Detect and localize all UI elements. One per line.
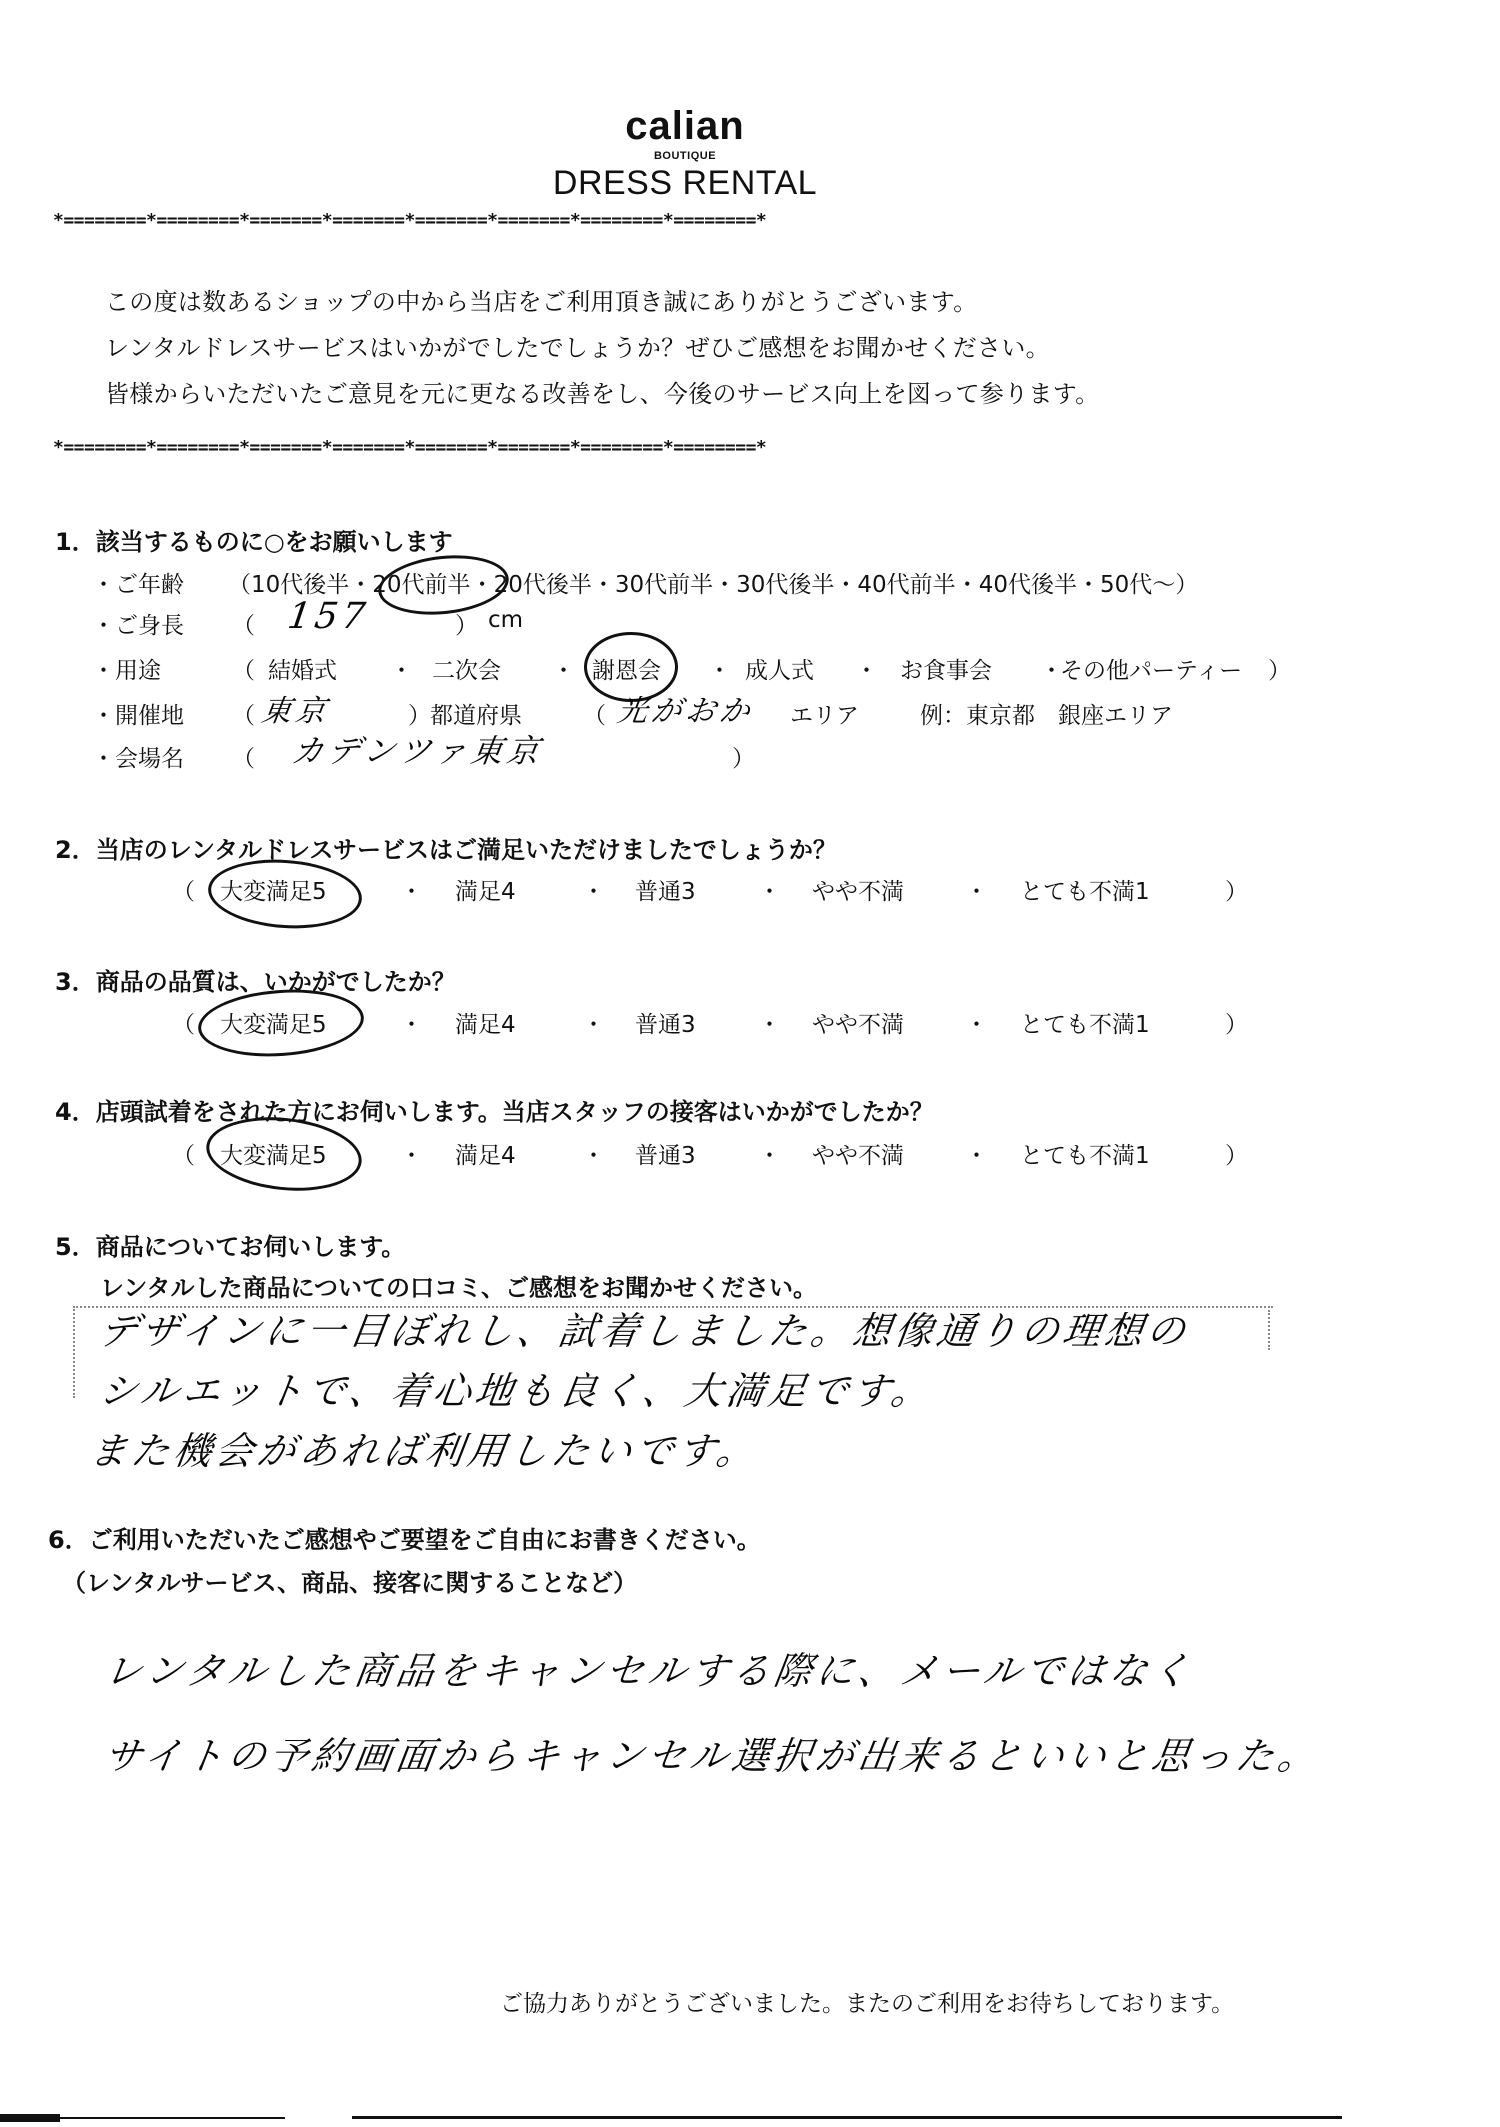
area-suffix: エリア xyxy=(790,697,859,730)
question-5-subtitle: レンタルした商品についての口コミ、ご感想をお聞かせください。 xyxy=(100,1268,817,1303)
rating-option[interactable]: 普通3 xyxy=(635,1137,696,1170)
separator-dot: ・ xyxy=(400,873,423,906)
question-5-answer-line-1[interactable]: デザインに一目ぼれし、試着しました。想像通りの理想の xyxy=(96,1300,1193,1355)
question-5-answer-line-2[interactable]: シルエットで、着心地も良く、大満足です。 xyxy=(96,1360,937,1415)
location-open-paren: （ xyxy=(232,697,255,730)
age-options: （10代後半・20代前半・20代後半・30代前半・30代後半・40代前半・40代… xyxy=(228,566,1198,599)
question-6-subtitle: （レンタルサービス、商品、接客に関することなど） xyxy=(62,1563,637,1598)
purpose-option[interactable]: その他パーティー xyxy=(1060,652,1242,685)
venue-value[interactable]: カデンツァ東京 xyxy=(289,726,547,772)
separator-dot: ・ xyxy=(390,652,413,685)
height-unit: cm xyxy=(488,607,523,633)
height-open-paren: （ xyxy=(232,607,255,640)
close-paren: ） xyxy=(1225,1137,1248,1170)
bottom-rule xyxy=(352,2116,1342,2119)
purpose-close-paren: ） xyxy=(1268,652,1291,685)
footer-thanks: ご協力ありがとうございました。またのご利用をお待ちしております。 xyxy=(500,1985,1234,2018)
close-paren: ） xyxy=(1225,873,1248,906)
separator-dot: ・ xyxy=(758,1137,781,1170)
age-option[interactable]: 40代後半 xyxy=(979,572,1077,598)
rating-option[interactable]: 満足4 xyxy=(455,1006,516,1039)
separator-top: *========*========*=======*=======*=====… xyxy=(53,210,766,231)
separator-dot: ・ xyxy=(758,1006,781,1039)
answer-box-left xyxy=(73,1306,75,1398)
separator-dot: ・ xyxy=(400,1006,423,1039)
separator-dot: ・ xyxy=(965,873,988,906)
height-close-paren: ） xyxy=(455,607,478,640)
open-paren: （ xyxy=(172,1137,195,1170)
age-label: ・ご年齢 xyxy=(92,566,184,599)
age-option[interactable]: 30代前半 xyxy=(615,572,713,598)
intro-line-1: この度は数あるショップの中から当店をご利用頂き誠にありがとうございます。 xyxy=(105,282,977,317)
height-value[interactable]: 157 xyxy=(285,596,371,637)
intro-line-3: 皆様からいただいたご意見を元に更なる改善をし、今後のサービス向上を図って参ります… xyxy=(105,374,1099,409)
question-2-title: 2．当店のレンタルドレスサービスはご満足いただけましたでしょうか？ xyxy=(55,830,837,865)
purpose-label: ・用途 xyxy=(92,652,161,685)
location-example: 例：東京都 銀座エリア xyxy=(920,697,1173,730)
venue-close-paren: ） xyxy=(732,740,755,773)
separator-dot: ・ xyxy=(582,873,605,906)
age-option[interactable]: 30代後半 xyxy=(736,572,834,598)
question-6-title: 6．ご利用いただいたご感想やご要望をご自由にお書きください。 xyxy=(48,1520,761,1555)
open-paren: （ xyxy=(172,873,195,906)
rating-option[interactable]: 満足4 xyxy=(455,873,516,906)
separator-dot: ・ xyxy=(400,1137,423,1170)
rating-option[interactable]: やや不満 xyxy=(812,1006,904,1039)
question-1-title: 1．該当するものに○をお願いします xyxy=(55,522,453,557)
age-option[interactable]: 40代前半 xyxy=(857,572,955,598)
purpose-option[interactable]: 成人式 xyxy=(745,652,814,685)
question-5-answer-line-3[interactable]: また機会があれば利用したいです。 xyxy=(86,1420,763,1475)
age-option[interactable]: 50代～ xyxy=(1100,572,1175,598)
separator-dot: ・ xyxy=(708,652,731,685)
separator-dot: ・ xyxy=(552,652,575,685)
question-5-title: 5．商品についてお伺いします。 xyxy=(55,1227,405,1262)
answer-box-right xyxy=(1268,1310,1270,1350)
rating-option[interactable]: とても不満1 xyxy=(1020,1137,1150,1170)
close-paren: ） xyxy=(1225,1006,1248,1039)
purpose-option[interactable]: 二次会 xyxy=(432,652,501,685)
intro-line-2: レンタルドレスサービスはいかがでしたでしょうか？ぜひご感想をお聞かせください。 xyxy=(105,328,1050,363)
purpose-open-paren: （ xyxy=(232,652,255,685)
question-3-title: 3．商品の品質は、いかがでしたか？ xyxy=(55,962,456,997)
rating-option[interactable]: とても不満1 xyxy=(1020,1006,1150,1039)
rating-option[interactable]: やや不満 xyxy=(812,873,904,906)
venue-label: ・会場名 xyxy=(92,740,184,773)
rating-option[interactable]: とても不満1 xyxy=(1020,873,1150,906)
question-6-answer-line-2[interactable]: サイトの予約画面からキャンセル選択が出来るといいと思った。 xyxy=(101,1725,1324,1780)
separator-dot: ・ xyxy=(582,1137,605,1170)
separator-dot: ・ xyxy=(965,1137,988,1170)
selection-circle xyxy=(206,855,364,934)
brand-subtitle: BOUTIQUE xyxy=(0,150,1370,162)
rating-option[interactable]: やや不満 xyxy=(812,1137,904,1170)
question-6-answer-line-1[interactable]: レンタルした商品をキャンセルする際に、メールではなく xyxy=(101,1640,1198,1695)
area-value[interactable]: 光がおか xyxy=(615,686,757,730)
separator-dot: ・ xyxy=(855,652,878,685)
brand-logo: calian xyxy=(0,104,1370,149)
purpose-option[interactable]: お食事会 xyxy=(900,652,992,685)
scan-edge-mark xyxy=(0,2114,60,2122)
open-paren: （ xyxy=(172,1006,195,1039)
prefecture-value[interactable]: 東京 xyxy=(259,686,333,730)
age-option[interactable]: 10代後半 xyxy=(251,572,349,598)
bottom-rule-left xyxy=(60,2117,285,2119)
rating-option[interactable]: 満足4 xyxy=(455,1137,516,1170)
area-open-paren: （ xyxy=(583,697,606,730)
rating-option[interactable]: 普通3 xyxy=(635,873,696,906)
separator-bottom: *========*========*=======*=======*=====… xyxy=(53,437,766,458)
purpose-option[interactable]: 結婚式 xyxy=(268,652,337,685)
question-4-title: 4．店頭試着をされた方にお伺いします。当店スタッフの接客はいかがでしたか？ xyxy=(55,1092,934,1127)
location-label: ・開催地 xyxy=(92,697,184,730)
height-label: ・ご身長 xyxy=(92,607,184,640)
separator-dot: ・ xyxy=(965,1006,988,1039)
page-title: DRESS RENTAL xyxy=(0,164,1370,203)
venue-open-paren: （ xyxy=(232,740,255,773)
separator-dot: ・ xyxy=(582,1006,605,1039)
separator-dot: ・ xyxy=(758,873,781,906)
rating-option[interactable]: 普通3 xyxy=(635,1006,696,1039)
